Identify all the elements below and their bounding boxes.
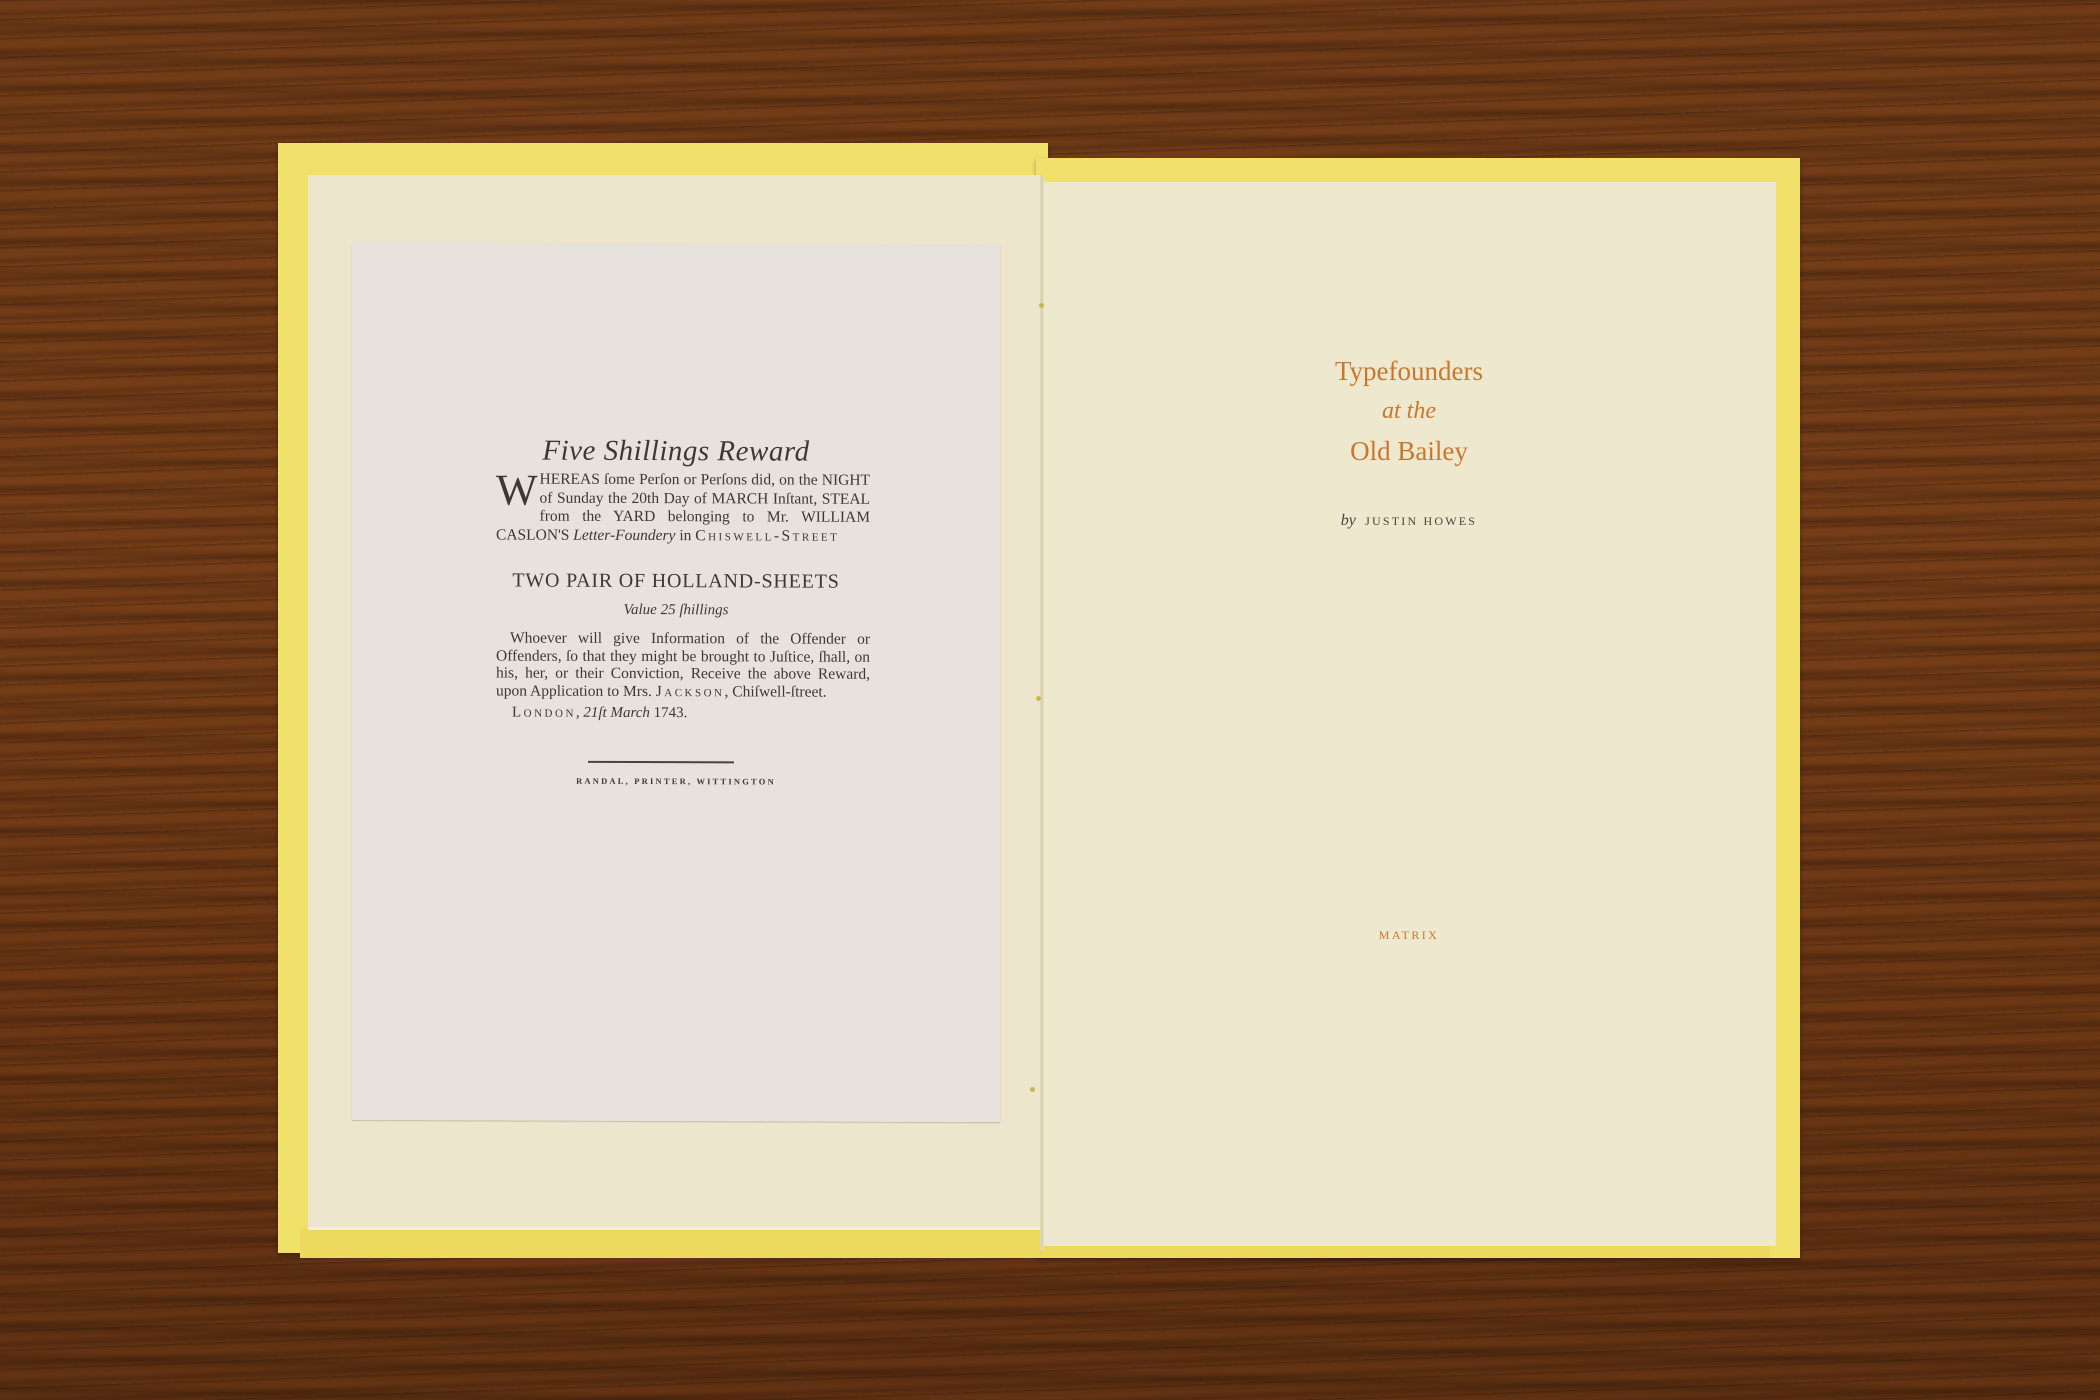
- book-title: Typefounders at the Old Bailey: [1042, 350, 1776, 472]
- book-gutter: [1040, 175, 1044, 1250]
- notice-body: WHEREAS ſome Perſon or Perſons did, on t…: [496, 471, 870, 546]
- stitch-hole-icon: [1039, 303, 1044, 308]
- notice-body-italic: Letter-Foundery: [573, 526, 675, 543]
- notice-printer: RANDAL, PRINTER, WITTINGTON: [352, 775, 1000, 787]
- title-line-2: at the: [1042, 392, 1776, 430]
- notice-title: Five Shillings Reward: [352, 434, 1000, 469]
- notice-date-city: London: [512, 705, 576, 721]
- notice-info-end: , Chiſwell-ſtreet.: [725, 683, 827, 700]
- dropcap: W: [496, 473, 538, 509]
- title-line-3: Old Bailey: [1042, 430, 1776, 472]
- byline: by JUSTIN HOWES: [1042, 512, 1776, 530]
- stitch-hole-icon: [1036, 696, 1041, 701]
- stitch-hole-icon: [1030, 1087, 1035, 1092]
- notice-date-day: 21ſt March: [583, 705, 650, 721]
- notice-info-name: Jackson: [656, 683, 725, 700]
- right-page: [1042, 182, 1776, 1246]
- notice-body-in: in: [675, 527, 695, 544]
- notice-info: Whoever will give Information of the Off…: [496, 630, 870, 701]
- reward-notice-insert: Five Shillings Reward WHEREAS ſome Perſo…: [352, 242, 1000, 1122]
- notice-first-word: HEREAS: [540, 471, 600, 488]
- notice-date: London, 21ſt March 1743.: [512, 705, 687, 723]
- byline-by: by: [1341, 512, 1356, 529]
- notice-street: Chiswell-Street: [695, 527, 839, 545]
- notice-value: Value 25 ſhillings: [352, 601, 1000, 620]
- author-name: JUSTIN HOWES: [1365, 514, 1477, 528]
- publisher-imprint: MATRIX: [1042, 928, 1776, 943]
- notice-divider: [588, 761, 734, 764]
- notice-heading: TWO PAIR OF HOLLAND-SHEETS: [352, 569, 1000, 594]
- title-line-1: Typefounders: [1042, 350, 1776, 392]
- notice-date-year: 1743.: [650, 705, 688, 721]
